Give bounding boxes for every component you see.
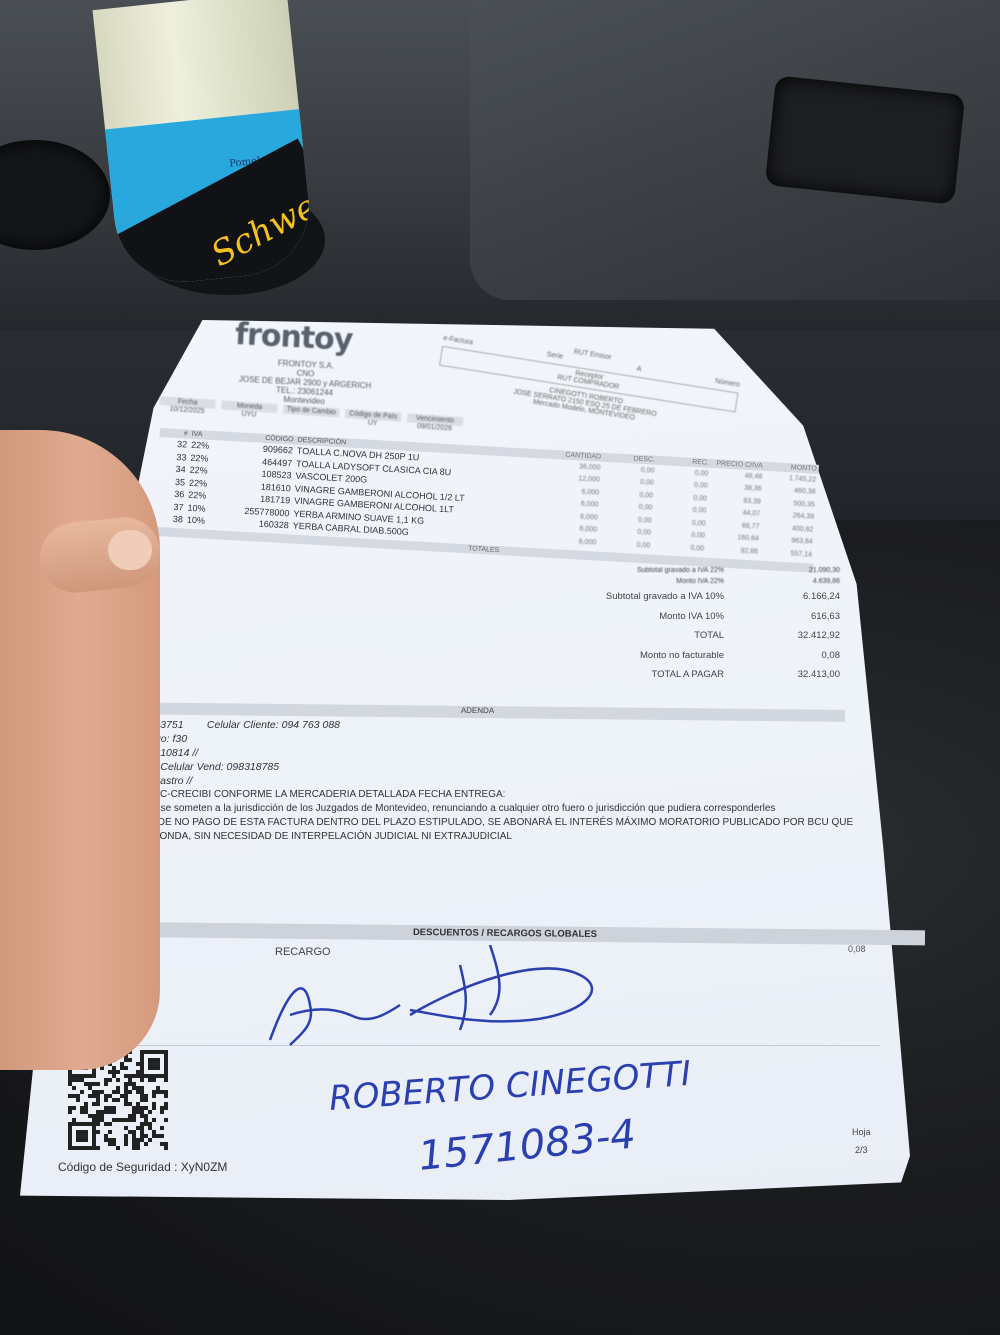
handwritten-signature: ROBERTO CINEGOTTI 1571083-4 bbox=[260, 945, 860, 1185]
total-row: Monto IVA 22%4.639,86 bbox=[540, 576, 840, 587]
table-cell: 0,00 bbox=[599, 489, 653, 499]
bottle-label: Pomelo Schweppes bbox=[105, 109, 316, 289]
table-cell: 44,07 bbox=[706, 508, 760, 518]
client-phone: Celular Cliente: 094 763 088 bbox=[207, 719, 340, 731]
total-row: Monto no facturable0,08 bbox=[540, 646, 840, 666]
total-label: TOTAL A PAGAR bbox=[540, 669, 760, 680]
total-value: 0,08 bbox=[760, 650, 840, 661]
table-cell: 1.745,22 bbox=[762, 473, 816, 483]
table-cell: 0,00 bbox=[653, 480, 707, 490]
table-cell: 6,000 bbox=[542, 536, 596, 546]
series-label: Serie bbox=[546, 351, 563, 360]
cedula-label: Cédula bbox=[110, 872, 870, 886]
order-number: Pedido: 5810814 // bbox=[110, 746, 870, 760]
table-cell: 0,00 bbox=[654, 467, 708, 477]
total-label: TOTAL bbox=[540, 630, 760, 641]
table-cell: 0,00 bbox=[596, 539, 650, 549]
table-cell: 400,62 bbox=[759, 523, 813, 533]
table-cell: 38 bbox=[155, 513, 184, 525]
firma-label: Firma bbox=[110, 844, 870, 858]
thumbnail bbox=[108, 530, 152, 570]
table-cell: 36,000 bbox=[546, 461, 600, 471]
table-cell: 0,00 bbox=[652, 505, 706, 515]
soda-bottle: Pomelo Schweppes bbox=[93, 0, 316, 289]
table-cell: 12,000 bbox=[546, 474, 600, 484]
security-code: Código de Seguridad : XyN0ZM bbox=[58, 1160, 227, 1174]
total-row: TOTAL A PAGAR32.413,00 bbox=[540, 665, 840, 685]
series-value: A bbox=[636, 366, 642, 374]
table-cell: 32 bbox=[159, 438, 188, 450]
jurisdiction-clause: Las Partes se someten a la jurisdicción … bbox=[110, 802, 870, 816]
column-header: # bbox=[160, 429, 188, 438]
adenda-block: Cliente: 803751 Celular Cliente: 094 763… bbox=[110, 718, 870, 886]
total-label: Monto IVA 22% bbox=[540, 578, 760, 585]
seller-info: Vend: 239 Celular Vend: 098318785 bbox=[110, 760, 870, 774]
total-row: Monto IVA 10%616,63 bbox=[540, 607, 840, 627]
table-cell: 0,00 bbox=[600, 464, 654, 474]
table-cell: 37 bbox=[155, 501, 184, 513]
dashboard-slot bbox=[765, 75, 965, 204]
table-cell: 0,00 bbox=[597, 527, 651, 537]
table-cell: 557,14 bbox=[758, 548, 812, 558]
table-cell: 0,00 bbox=[650, 542, 704, 552]
table-cell: 92,86 bbox=[704, 545, 758, 555]
table-cell: 0,00 bbox=[598, 502, 652, 512]
table-cell: 83,39 bbox=[707, 495, 761, 505]
table-cell: 6,000 bbox=[544, 499, 598, 509]
table-cell: 6,000 bbox=[543, 524, 597, 534]
totals-block: Subtotal gravado a IVA 22%21.090,30Monto… bbox=[540, 565, 840, 685]
user-info: Usuario: fcastro // bbox=[110, 774, 870, 788]
table-cell: 22% bbox=[184, 490, 221, 502]
table-cell: 22% bbox=[185, 465, 222, 477]
total-value: 32.412,92 bbox=[760, 630, 840, 641]
total-label: Subtotal gravado a IVA 22% bbox=[540, 567, 760, 574]
svg-text:ROBERTO CINEGOTTI: ROBERTO CINEGOTTI bbox=[328, 1054, 692, 1119]
terminal-info: Terminal: PC-CRECIBI CONFORME LA MERCADE… bbox=[110, 788, 870, 802]
total-label: Monto no facturable bbox=[540, 650, 760, 661]
table-cell: 0,00 bbox=[653, 492, 707, 502]
table-cell: 36 bbox=[156, 488, 185, 500]
table-cell: 34 bbox=[157, 463, 186, 475]
table-cell: 6,000 bbox=[544, 511, 598, 521]
svg-text:1571083-4: 1571083-4 bbox=[416, 1111, 638, 1180]
total-row: Subtotal gravado a IVA 10%6.166,24 bbox=[540, 587, 840, 607]
total-value: 32.413,00 bbox=[760, 669, 840, 680]
total-value: 6.166,24 bbox=[760, 591, 840, 602]
table-cell: 66,77 bbox=[705, 520, 759, 530]
aclaracion-label: Aclaración bbox=[110, 858, 870, 872]
table-cell: 6,000 bbox=[545, 486, 599, 496]
table-cell: 963,84 bbox=[759, 536, 813, 546]
interest-clause: EN CASO DE NO PAGO DE ESTA FACTURA DENTR… bbox=[110, 816, 870, 844]
table-cell: 22% bbox=[186, 452, 223, 464]
table-cell: 22% bbox=[185, 477, 222, 489]
table-cell: 0,00 bbox=[651, 530, 705, 540]
table-cell: 10% bbox=[183, 515, 220, 527]
table-cell: 33 bbox=[158, 451, 187, 463]
client-row: Cliente: 803751 Celular Cliente: 094 763… bbox=[110, 718, 870, 732]
table-cell: 160,64 bbox=[705, 533, 759, 543]
payment-method: Forma pago: f30 bbox=[110, 732, 870, 746]
total-value: 4.639,86 bbox=[760, 578, 840, 585]
total-label: Subtotal gravado a IVA 10% bbox=[540, 591, 760, 602]
total-value: 616,63 bbox=[760, 611, 840, 622]
table-cell: 0,00 bbox=[600, 477, 654, 487]
table-cell: 38,36 bbox=[707, 483, 761, 493]
table-cell: 0,00 bbox=[651, 517, 705, 527]
total-row: TOTAL32.412,92 bbox=[540, 626, 840, 646]
table-cell: 10% bbox=[183, 502, 220, 514]
company-logo: frontoy bbox=[234, 317, 353, 358]
table-cell: 48,48 bbox=[708, 470, 762, 480]
table-cell: 460,38 bbox=[761, 486, 815, 496]
table-cell: 35 bbox=[157, 476, 186, 488]
total-value: 21.090,30 bbox=[760, 567, 840, 574]
table-cell: 500,35 bbox=[761, 498, 815, 508]
table-cell: 160328 bbox=[219, 517, 293, 531]
total-row: Subtotal gravado a IVA 22%21.090,30 bbox=[540, 565, 840, 576]
total-label: Monto IVA 10% bbox=[540, 611, 760, 622]
table-cell: 0,00 bbox=[597, 514, 651, 524]
table-cell: 22% bbox=[187, 440, 224, 452]
table-cell: 264,39 bbox=[760, 511, 814, 521]
